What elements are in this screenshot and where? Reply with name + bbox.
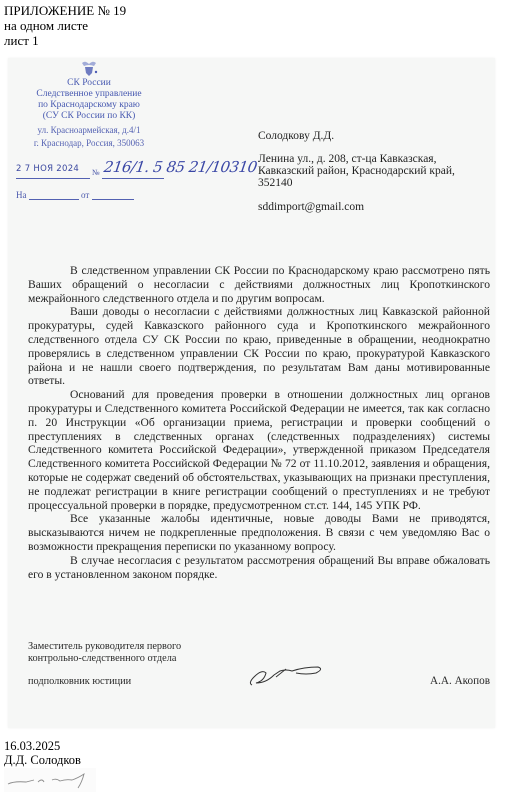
official-stamp: СК России Следственное управление по Кра… xyxy=(14,60,164,148)
number-label: № xyxy=(92,168,100,177)
annotation-signature xyxy=(4,768,96,792)
stamp-address-line1: ул. Красноармейская, д.4/1 xyxy=(14,125,164,135)
signer-position-line1: Заместитель руководителя первого xyxy=(28,641,490,653)
na-underline xyxy=(29,190,79,200)
signer-name: А.А. Акопов xyxy=(430,676,490,688)
ot-label: от xyxy=(81,190,89,200)
na-label: На xyxy=(16,190,27,200)
appendix-sheet: лист 1 xyxy=(4,33,126,48)
stamp-org-line4: (СУ СК России по КК) xyxy=(14,111,164,122)
annotation-footer: 16.03.2025 Д.Д. Солодков xyxy=(4,739,81,767)
stamp-org-line3: по Краснодарскому краю xyxy=(14,100,164,111)
registration-date: 2 7 НОЯ 2024 xyxy=(16,164,79,174)
addressee-block: Солодкову Д.Д. Ленина ул., д. 208, ст-ца… xyxy=(258,130,490,213)
emblem-icon xyxy=(74,60,104,78)
addressee-name: Солодкову Д.Д. xyxy=(258,130,490,142)
registration-number: 216/1. 5 85 21/10310 xyxy=(103,158,258,176)
handwritten-signature-icon xyxy=(246,661,326,689)
body-paragraph: Ваши доводы о несогласии с действиями до… xyxy=(28,305,490,388)
addressee-address-line2: Кавказский район, Краснодарский край, xyxy=(258,165,490,177)
reference-line: На от xyxy=(16,190,134,200)
handwritten-signature-icon xyxy=(4,768,96,792)
appendix-pages: на одном листе xyxy=(4,18,126,33)
appendix-number: ПРИЛОЖЕНИЕ № 19 xyxy=(4,3,126,18)
annotation-date: 16.03.2025 xyxy=(4,739,81,753)
body-paragraph: Оснований для проведения проверки в отно… xyxy=(28,388,490,512)
annotation-header: ПРИЛОЖЕНИЕ № 19 на одном листе лист 1 xyxy=(4,3,126,48)
stamp-address-line2: г. Краснодар, Россия, 350063 xyxy=(14,138,164,148)
stamp-org-line1: СК России xyxy=(14,78,164,89)
stamp-org-line2: Следственное управление xyxy=(14,89,164,100)
addressee-address-line3: 352140 xyxy=(258,177,490,189)
addressee-email: sddimport@gmail.com xyxy=(258,201,490,213)
ot-underline xyxy=(92,190,134,200)
annotation-name: Д.Д. Солодков xyxy=(4,753,81,767)
registration-line: 2 7 НОЯ 2024 № 216/1. 5 85 21/10310 xyxy=(16,162,256,182)
body-paragraph: В случае несогласия с результатом рассмо… xyxy=(28,554,490,582)
body-paragraph: Все указанные жалобы идентичные, новые д… xyxy=(28,512,490,553)
signature-block: Заместитель руководителя первого контрол… xyxy=(28,641,490,688)
scanned-letter: СК России Следственное управление по Кра… xyxy=(8,58,495,728)
body-paragraph: В следственном управлении СК России по К… xyxy=(28,264,490,305)
addressee-address-line1: Ленина ул., д. 208, ст-ца Кавказская, xyxy=(258,153,490,165)
date-underline xyxy=(16,178,90,179)
letter-body: В следственном управлении СК России по К… xyxy=(28,264,490,581)
number-underline xyxy=(102,178,164,179)
